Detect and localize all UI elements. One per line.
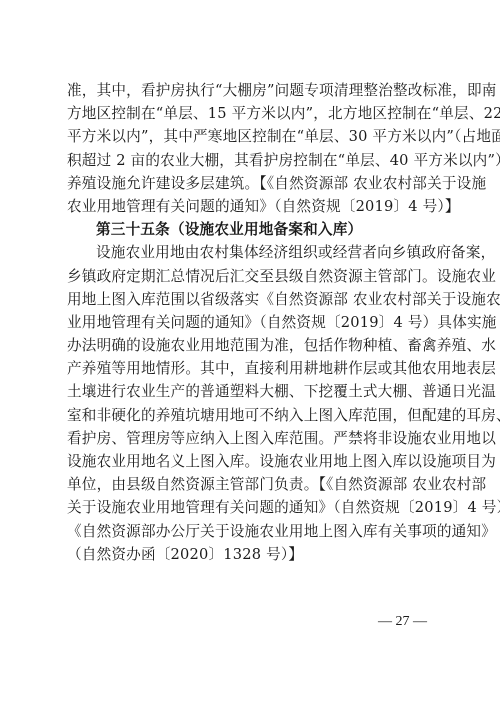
text-line: 产养殖等用地情形。其中，直接利用耕地耕作层或其他农用地表层	[67, 357, 433, 380]
text-line: 办法明确的设施农业用地范围为准，包括作物种植、畜禽养殖、水	[67, 334, 433, 357]
text-line: 养殖设施允许建设多层建筑。【《自然资源部 农业农村部关于设施	[67, 172, 433, 195]
text-line: 平方米以内”，其中严寒地区控制在“单层、30 平方米以内”（占地面	[67, 125, 433, 148]
page-number: — 27 —	[378, 614, 427, 630]
text-line: 《自然资源部办公厅关于设施农业用地上图入库有关事项的通知》	[67, 520, 433, 543]
text-line: 方地区控制在“单层、15 平方米以内”，北方地区控制在“单层、22.5	[67, 102, 433, 125]
text-line: 业用地管理有关问题的通知》（自然资规〔2019〕4 号）具体实施	[67, 311, 433, 334]
text-line: 看护房、管理房等应纳入上图入库范围。严禁将非设施农业用地以	[67, 427, 433, 450]
article-heading: 第三十五条（设施农业用地备案和入库）	[67, 218, 433, 241]
text-line: 土壤进行农业生产的普通塑料大棚、下挖覆土式大棚、普通日光温	[67, 380, 433, 403]
paragraph-continued: 准，其中，看护房执行“大棚房”问题专项清理整治整改标准，即南 方地区控制在“单层…	[67, 79, 433, 218]
article-body: 设施农业用地由农村集体经济组织或经营者向乡镇政府备案， 乡镇政府定期汇总情况后汇…	[67, 241, 433, 566]
document-page: 准，其中，看护房执行“大棚房”问题专项清理整治整改标准，即南 方地区控制在“单层…	[67, 79, 433, 566]
text-line: 设施农业用地名义上图入库。设施农业用地上图入库以设施项目为	[67, 450, 433, 473]
text-line: 单位，由县级自然资源主管部门负责。【《自然资源部 农业农村部	[67, 473, 433, 496]
text-line: 用地上图入库范围以省级落实《自然资源部 农业农村部关于设施农	[67, 288, 433, 311]
text-line: 准，其中，看护房执行“大棚房”问题专项清理整治整改标准，即南	[67, 79, 433, 102]
text-line: 关于设施农业用地管理有关问题的通知》（自然资规〔2019〕4 号）、	[67, 496, 433, 519]
text-line: 乡镇政府定期汇总情况后汇交至县级自然资源主管部门。设施农业	[67, 265, 433, 288]
text-line: 农业用地管理有关问题的通知》（自然资规〔2019〕4 号）】	[67, 195, 433, 218]
text-line: 设施农业用地由农村集体经济组织或经营者向乡镇政府备案，	[67, 241, 433, 264]
text-line: 积超过 2 亩的农业大棚，其看护房控制在“单层、40 平方米以内”）。	[67, 149, 433, 172]
text-line: 室和非硬化的养殖坑塘用地可不纳入上图入库范围，但配建的耳房、	[67, 404, 433, 427]
text-line: （自然资办函〔2020〕1328 号）】	[67, 543, 433, 566]
